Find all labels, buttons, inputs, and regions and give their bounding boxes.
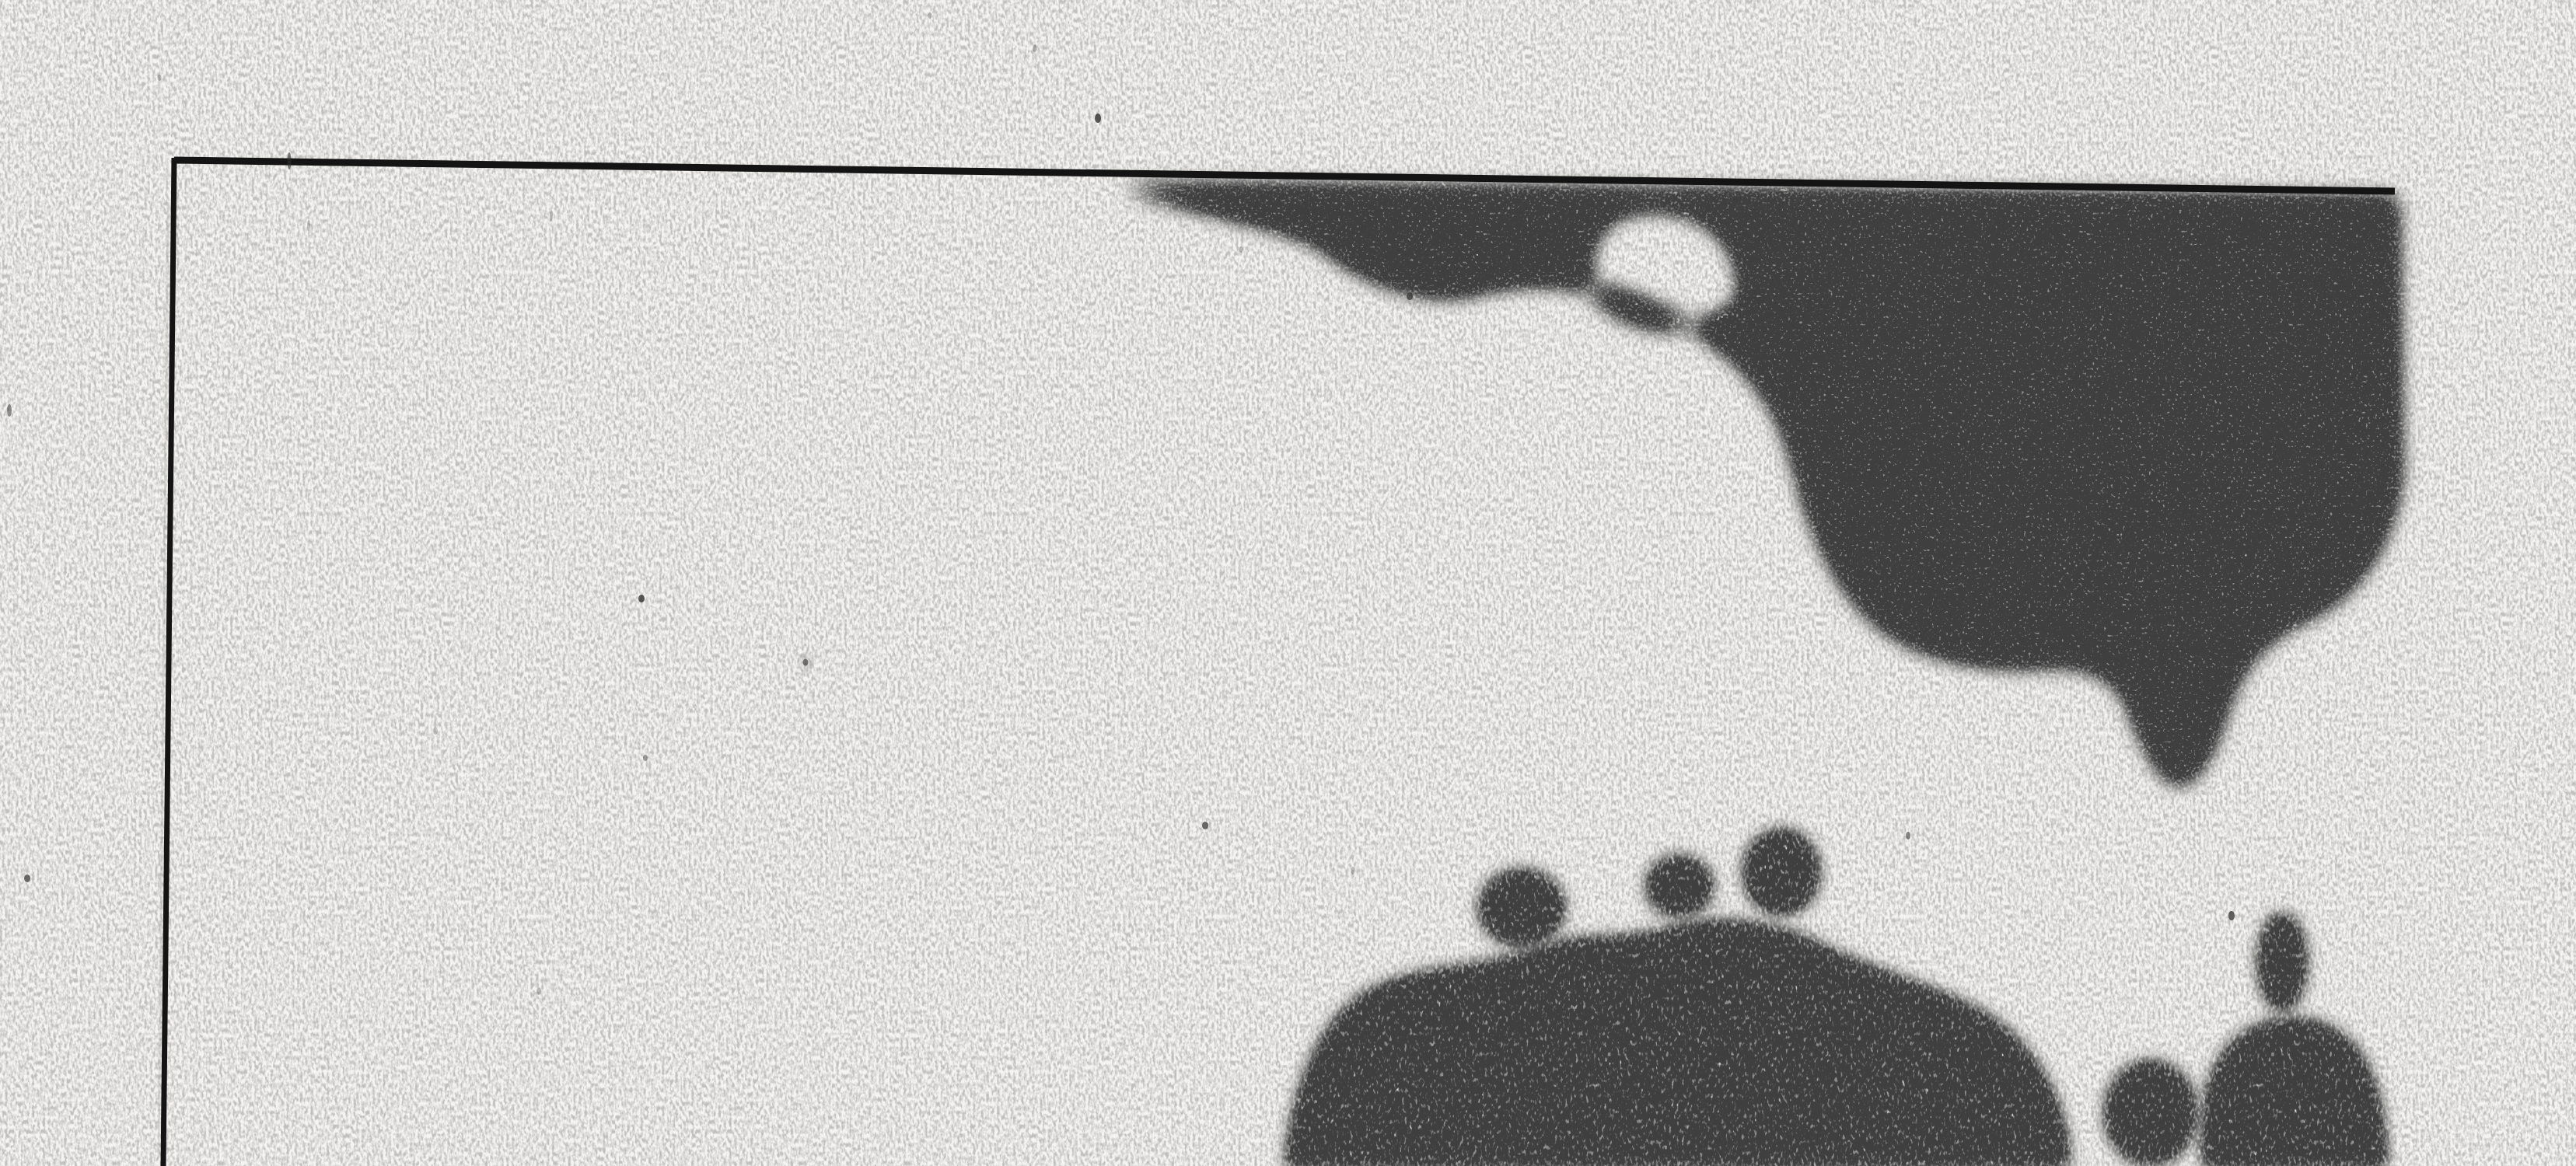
scanned-page <box>0 0 2576 1166</box>
dust-scratch <box>288 152 292 169</box>
dust-speck <box>2228 911 2235 920</box>
dust-speck <box>1239 246 1243 253</box>
dust-speck <box>1033 44 1037 52</box>
dust-speck <box>1202 822 1208 829</box>
dust-speck <box>550 211 553 222</box>
dust-speck <box>537 987 541 995</box>
scan-render-layer <box>0 0 2576 1166</box>
dust-speck <box>1095 113 1101 123</box>
dust-speck <box>803 659 809 666</box>
dust-speck <box>433 727 438 735</box>
dust-speck <box>7 404 12 417</box>
dust-speck <box>307 220 310 231</box>
dust-speck <box>638 595 645 602</box>
dust-speck <box>24 874 30 882</box>
dust-speck <box>928 12 932 19</box>
dust-speck <box>158 75 162 81</box>
dust-speck <box>1351 867 1355 874</box>
dust-speck <box>1906 832 1910 840</box>
dust-speck <box>643 755 648 761</box>
dust-speck <box>1407 292 1413 300</box>
